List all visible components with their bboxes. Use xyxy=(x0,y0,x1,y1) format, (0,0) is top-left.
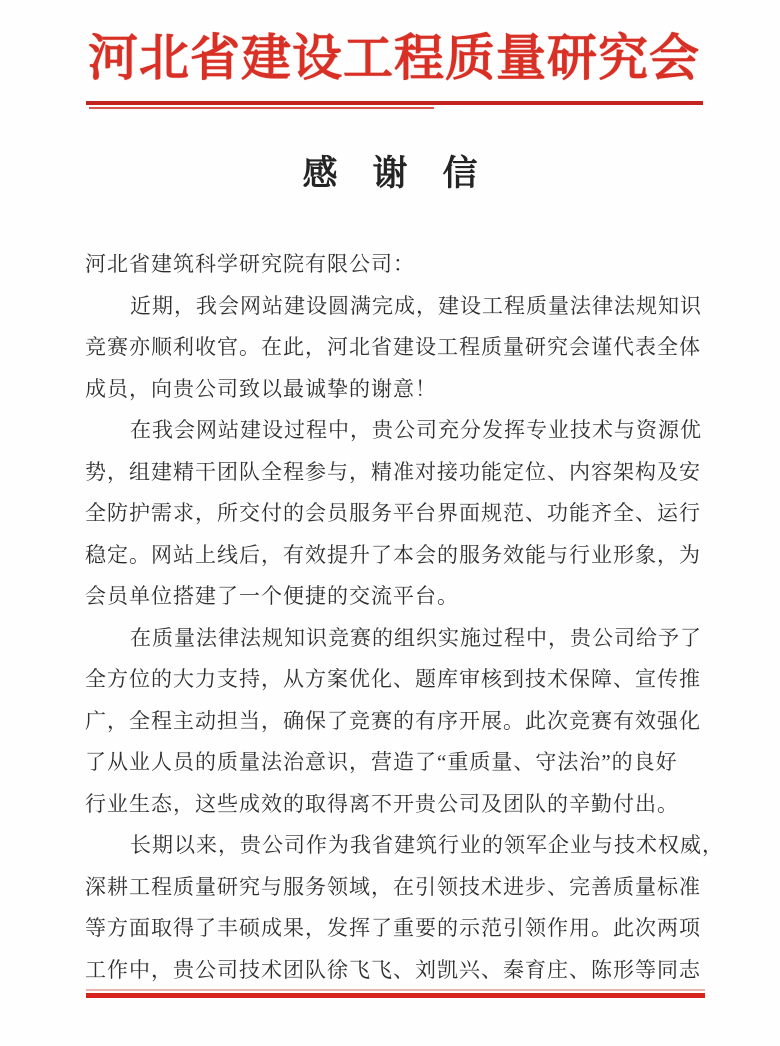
letter-line: 深耕工程质量研究与服务领域，在引领技术进步、完善质量标准 xyxy=(85,867,703,909)
footer-rule-thin xyxy=(86,989,705,991)
letter-line: 行业生态，这些成效的取得离不开贵公司及团队的辛勤付出。 xyxy=(85,784,703,826)
letter-line: 竞赛亦顺利收官。在此，河北省建设工程质量研究会谨代表全体 xyxy=(85,327,703,369)
letter-line: 会员单位搭建了一个便捷的交流平台。 xyxy=(85,576,703,618)
letterhead-rule-thick xyxy=(86,101,703,105)
letter-page: 河北省建设工程质量研究会 感谢信 河北省建筑科学研究院有限公司：近期，我会网站建… xyxy=(0,0,780,1046)
letter-line: 稳定。网站上线后，有效提升了本会的服务效能与行业形象，为 xyxy=(85,535,703,577)
letter-line: 了从业人员的质量法治意识，营造了“重质量、守法治”的良好 xyxy=(85,742,703,784)
footer-rule-thick xyxy=(86,993,705,998)
letter-line: 成员，向贵公司致以最诚挚的谢意！ xyxy=(85,369,703,411)
letter-line: 全防护需求，所交付的会员服务平台界面规范、功能齐全、运行 xyxy=(85,493,703,535)
letter-line: 工作中，贵公司技术团队徐飞飞、刘凯兴、秦育庄、陈形等同志 xyxy=(85,950,703,992)
letter-line: 在质量法律法规知识竞赛的组织实施过程中，贵公司给予了 xyxy=(85,618,703,660)
document-title: 感谢信 xyxy=(0,146,780,196)
letter-line: 近期，我会网站建设圆满完成，建设工程质量法律法规知识 xyxy=(85,286,703,328)
letterhead-title: 河北省建设工程质量研究会 xyxy=(85,18,703,90)
letter-line: 全方位的大力支持，从方案优化、题库审核到技术保障、宣传推 xyxy=(85,659,703,701)
letterhead-rule-thin xyxy=(89,107,434,109)
letter-line: 势，组建精干团队全程参与，精准对接功能定位、内容架构及安 xyxy=(85,452,703,494)
letter-line: 等方面取得了丰硕成果，发挥了重要的示范引领作用。此次两项 xyxy=(85,908,703,950)
letter-line: 长期以来，贵公司作为我省建筑行业的领军企业与技术权威， xyxy=(85,825,703,867)
letter-line: 广，全程主动担当，确保了竞赛的有序开展。此次竞赛有效强化 xyxy=(85,701,703,743)
letter-line: 河北省建筑科学研究院有限公司： xyxy=(85,244,703,286)
letter-body: 河北省建筑科学研究院有限公司：近期，我会网站建设圆满完成，建设工程质量法律法规知… xyxy=(85,244,703,991)
letter-line: 在我会网站建设过程中，贵公司充分发挥专业技术与资源优 xyxy=(85,410,703,452)
